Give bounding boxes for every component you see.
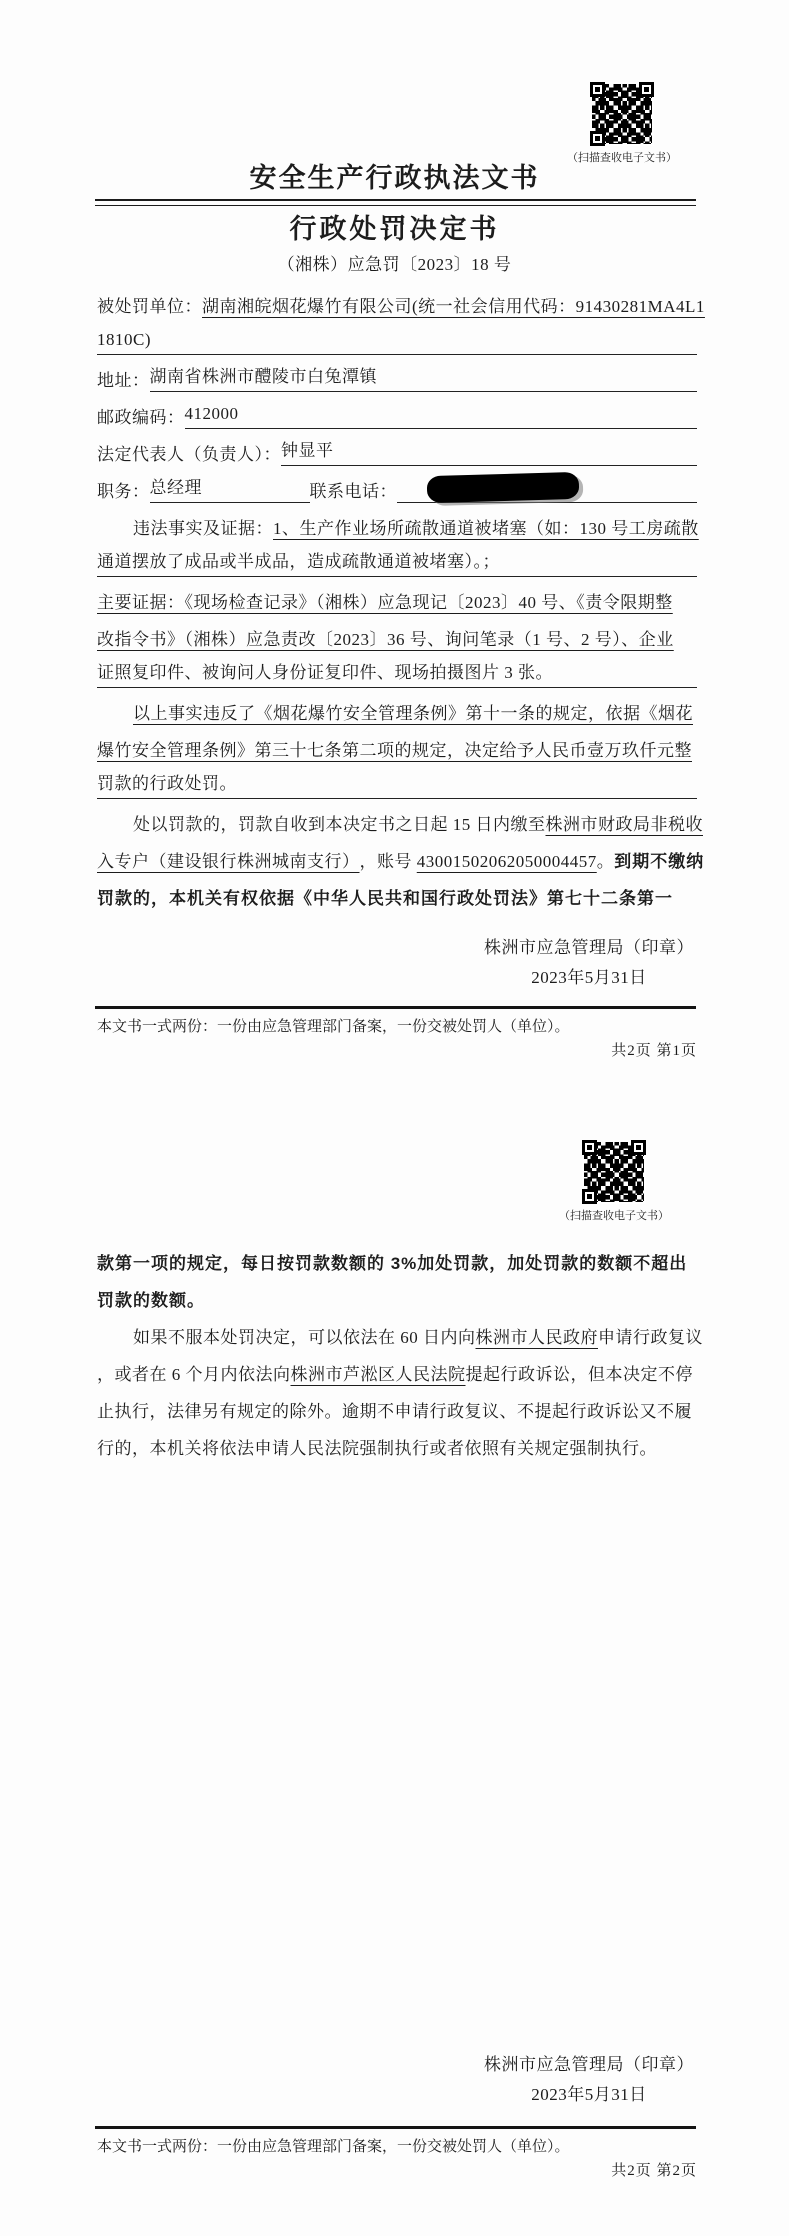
payment-text: 处以罚款的，罚款自收到本决定书之日起 15 日内缴至: [133, 806, 546, 843]
appeal-line: ，或者在 6 个月内依法向株洲市芦淞区人民法院提起行政诉讼，但本决定不停: [97, 1356, 697, 1393]
appeal-line: 如果不服本处罚决定，可以依法在 60 日内向株洲市人民政府申请行政复议: [97, 1319, 697, 1356]
qr-code-icon: [583, 1141, 645, 1203]
issuing-authority: 株洲市应急管理局（印章）: [482, 933, 696, 963]
evidence-line: 证照复印件、被询问人身份证复印件、现场拍摄图片 3 张。: [97, 658, 697, 695]
issue-date: 2023年5月31日: [482, 2080, 696, 2110]
page-marker: 共2页 第1页: [611, 1039, 697, 1060]
footer-rule: [95, 2126, 696, 2129]
footer-note: 本文书一式两份：一份由应急管理部门备案，一份交被处罚人（单位）。: [97, 2137, 697, 2157]
page-title: 行政处罚决定书: [0, 207, 789, 246]
page2-body: 款第一项的规定，每日按罚款数额的 3%加处罚款，加处罚款的数额不超出 罚款的数额…: [97, 1245, 697, 1467]
court-name: 株洲市芦淞区人民法院: [291, 1356, 466, 1393]
qr-block-page2: （扫描查收电子文书）: [548, 1141, 680, 1223]
facts-line: 违法事实及证据：1、生产作业场所疏散通道被堵塞（如：130 号工房疏散: [97, 510, 697, 547]
qr-code-icon: [591, 83, 653, 145]
qr-finder-icon: [631, 1140, 646, 1155]
doc-number: （湘株）应急罚〔2023〕18 号: [0, 250, 789, 275]
appeal-text: 申请行政复议: [598, 1319, 703, 1356]
footer-note: 本文书一式两份：一份由应急管理部门备案，一份交被处罚人（单位）。: [97, 1017, 697, 1037]
evidence-text: 证照复印件、被询问人身份证复印件、现场拍摄图片 3 张。: [97, 658, 697, 688]
page1-body: 被处罚单位：湖南湘皖烟花爆竹有限公司(统一社会信用代码：91430281MA4L…: [97, 288, 697, 917]
violation-text: 爆竹安全管理条例》第三十七条第二项的规定，决定给予人民币壹万玖仟元整: [97, 732, 692, 769]
double-rule: [95, 199, 696, 206]
facts-text: 1、生产作业场所疏散通道被堵塞（如：130 号工房疏散: [273, 510, 699, 547]
field-label: 地址：: [97, 362, 150, 399]
violation-text: 罚款的行政处罚。: [97, 769, 697, 799]
appeal-text: 如果不服本处罚决定，可以依法在 60 日内向: [133, 1319, 476, 1356]
field-punished-unit: 被处罚单位：湖南湘皖烟花爆竹有限公司(统一社会信用代码：91430281MA4L…: [97, 288, 697, 325]
payment-line: 罚款的，本机关有权依据《中华人民共和国行政处罚法》第七十二条第一: [97, 880, 697, 917]
account-number: 43001502062050004457: [417, 843, 597, 880]
field-postcode: 邮政编码：412000: [97, 399, 697, 436]
violation-line: 爆竹安全管理条例》第三十七条第二项的规定，决定给予人民币壹万玖仟元整: [97, 732, 697, 769]
appeal-text: ，或者在 6 个月内依法向: [97, 1356, 291, 1393]
field-value: 湖南省株洲市醴陵市白兔潭镇: [150, 362, 698, 392]
field-label: 邮政编码：: [97, 399, 185, 436]
payment-text: 。: [597, 843, 615, 880]
signature-block-page1: 株洲市应急管理局（印章） 2023年5月31日: [482, 933, 696, 993]
issue-date: 2023年5月31日: [482, 963, 696, 993]
warning-text: 罚款的数额。: [97, 1282, 205, 1319]
qr-finder-icon: [590, 131, 605, 146]
evidence-line: 改指令书》（湘株）应急责改〔2023〕36 号、询问笔录（1 号、2 号）、企业: [97, 621, 697, 658]
doc-type-title: 安全生产行政执法文书: [0, 156, 789, 195]
evidence-text: 改指令书》（湘株）应急责改〔2023〕36 号、询问笔录（1 号、2 号）、企业: [97, 621, 674, 658]
document-scan: （扫描查收电子文书） 安全生产行政执法文书 行政处罚决定书 （湘株）应急罚〔20…: [0, 0, 789, 2236]
appeal-text: 提起行政诉讼，但本决定不停: [466, 1356, 694, 1393]
evidence-line: 主要证据：《现场检查记录》（湘株）应急现记〔2023〕40 号、《责令限期整: [97, 584, 697, 621]
payment-text: ，账号: [360, 843, 417, 880]
field-value-phone: [397, 473, 697, 503]
payment-line: 入专户（建设银行株洲城南支行），账号 43001502062050004457。…: [97, 843, 697, 880]
qr-finder-icon: [582, 1189, 597, 1204]
redaction-bar: [427, 472, 580, 503]
field-address: 地址：湖南省株洲市醴陵市白兔潭镇: [97, 362, 697, 399]
field-legal-rep: 法定代表人（负责人）：钟显平: [97, 436, 697, 473]
field-value: 钟显平: [281, 436, 697, 466]
payment-account-text: 株洲市财政局非税收: [546, 806, 704, 843]
violation-line: 罚款的行政处罚。: [97, 769, 697, 806]
violation-text: 以上事实违反了《烟花爆竹安全管理条例》第十一条的规定，依据《烟花: [133, 695, 693, 732]
evidence-text: 主要证据：《现场检查记录》（湘株）应急现记〔2023〕40 号、《责令限期整: [97, 584, 673, 621]
payment-account-text: 入专户（建设银行株洲城南支行）: [97, 843, 360, 880]
qr-finder-icon: [590, 82, 605, 97]
qr-finder-icon: [639, 82, 654, 97]
violation-line: 以上事实违反了《烟花爆竹安全管理条例》第十一条的规定，依据《烟花: [97, 695, 697, 732]
field-duty-phone: 职务：总经理联系电话：: [97, 473, 697, 510]
warning-text: 到期不缴纳: [614, 843, 704, 880]
surcharge-line: 罚款的数额。: [97, 1282, 697, 1319]
review-authority: 株洲市人民政府: [476, 1319, 599, 1356]
field-label: 违法事实及证据：: [133, 510, 273, 547]
field-value: 412000: [185, 399, 698, 429]
signature-block-page2: 株洲市应急管理局（印章） 2023年5月31日: [482, 2050, 696, 2110]
facts-line: 通道摆放了成品或半成品，造成疏散通道被堵塞）。；: [97, 547, 697, 584]
field-value: 湖南湘皖烟花爆竹有限公司(统一社会信用代码：91430281MA4L1: [202, 288, 705, 325]
issuing-authority: 株洲市应急管理局（印章）: [482, 2050, 696, 2080]
facts-text: 通道摆放了成品或半成品，造成疏散通道被堵塞）。；: [97, 547, 697, 577]
appeal-text: 行的，本机关将依法申请人民法院强制执行或者依照有关规定强制执行。: [97, 1430, 657, 1467]
field-label: 被处罚单位：: [97, 288, 202, 325]
field-value: 1810C): [97, 325, 697, 355]
qr-block-page1: （扫描查收电子文书）: [556, 83, 688, 165]
payment-line: 处以罚款的，罚款自收到本决定书之日起 15 日内缴至株洲市财政局非税收: [97, 806, 697, 843]
field-label: 联系电话：: [310, 473, 398, 510]
warning-text: 款第一项的规定，每日按罚款数额的 3%加处罚款，加处罚款的数额不超出: [97, 1245, 687, 1282]
appeal-line: 止执行，法律另有规定的除外。逾期不申请行政复议、不提起行政诉讼又不履: [97, 1393, 697, 1430]
field-label: 职务：: [97, 473, 150, 510]
surcharge-line: 款第一项的规定，每日按罚款数额的 3%加处罚款，加处罚款的数额不超出: [97, 1245, 697, 1282]
appeal-text: 止执行，法律另有规定的除外。逾期不申请行政复议、不提起行政诉讼又不履: [97, 1393, 692, 1430]
warning-text: 罚款的，本机关有权依据《中华人民共和国行政处罚法》第七十二条第一: [97, 880, 673, 917]
footer-rule: [95, 1006, 696, 1009]
appeal-line: 行的，本机关将依法申请人民法院强制执行或者依照有关规定强制执行。: [97, 1430, 697, 1467]
field-label: 法定代表人（负责人）：: [97, 436, 281, 473]
page-marker: 共2页 第2页: [611, 2159, 697, 2180]
qr-caption: （扫描查收电子文书）: [548, 1207, 680, 1223]
qr-finder-icon: [582, 1140, 597, 1155]
field-value: 总经理: [150, 473, 310, 503]
field-punished-unit-cont: 1810C): [97, 325, 697, 362]
